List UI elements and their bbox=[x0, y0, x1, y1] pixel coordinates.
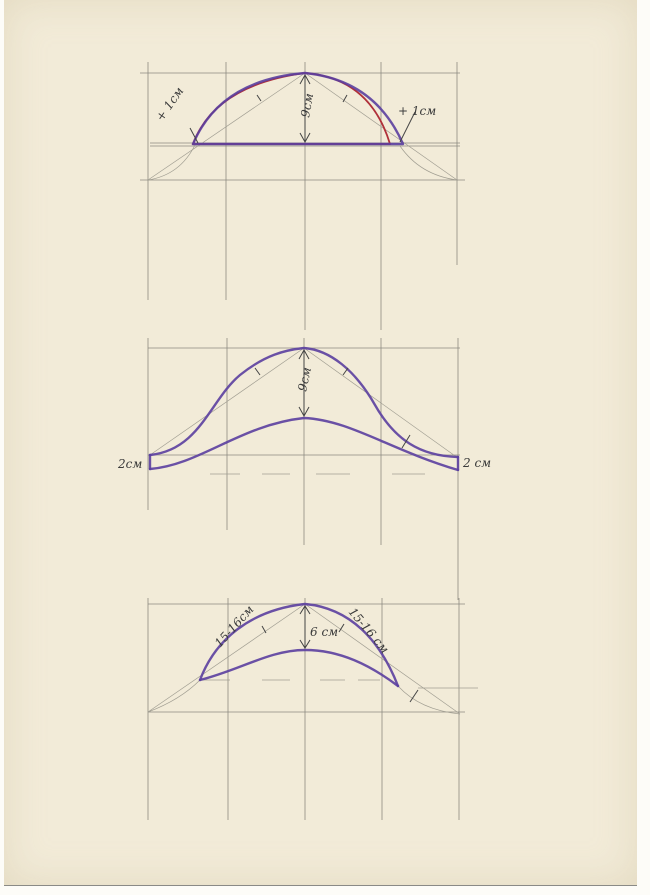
diagram-3-height-label: 6 см bbox=[310, 625, 338, 639]
diagram-1: + 1см 9см + 1см bbox=[140, 62, 465, 330]
diagram-3-upper-curve bbox=[200, 604, 398, 686]
diagram-3-left-length-label: 15-16см bbox=[212, 603, 257, 651]
diagram-1-right-allowance-label: + 1см bbox=[398, 104, 436, 118]
diagram-1-guides bbox=[148, 73, 457, 180]
diagram-2: 9см 2см 2 см bbox=[117, 338, 491, 600]
diagram-3: 15-16см 6 см 15-16 см bbox=[148, 598, 478, 820]
diagram-1-left-allowance-label: + 1см bbox=[153, 84, 186, 123]
diagram-2-height-label: 9см bbox=[295, 366, 314, 393]
diagram-1-red-outline bbox=[193, 73, 390, 144]
diagram-2-left-width-label: 2см bbox=[117, 457, 142, 471]
diagram-2-height-arrow bbox=[255, 350, 410, 448]
diagram-1-height-label: 9см bbox=[298, 92, 316, 118]
diagram-1-purple-outline bbox=[193, 73, 403, 144]
diagram-3-right-length-label: 15-16 см bbox=[346, 605, 392, 656]
diagram-2-right-width-label: 2 см bbox=[462, 456, 491, 470]
pattern-drawing: + 1см 9см + 1см bbox=[0, 0, 650, 895]
diagram-3-height-arrow bbox=[262, 606, 418, 702]
